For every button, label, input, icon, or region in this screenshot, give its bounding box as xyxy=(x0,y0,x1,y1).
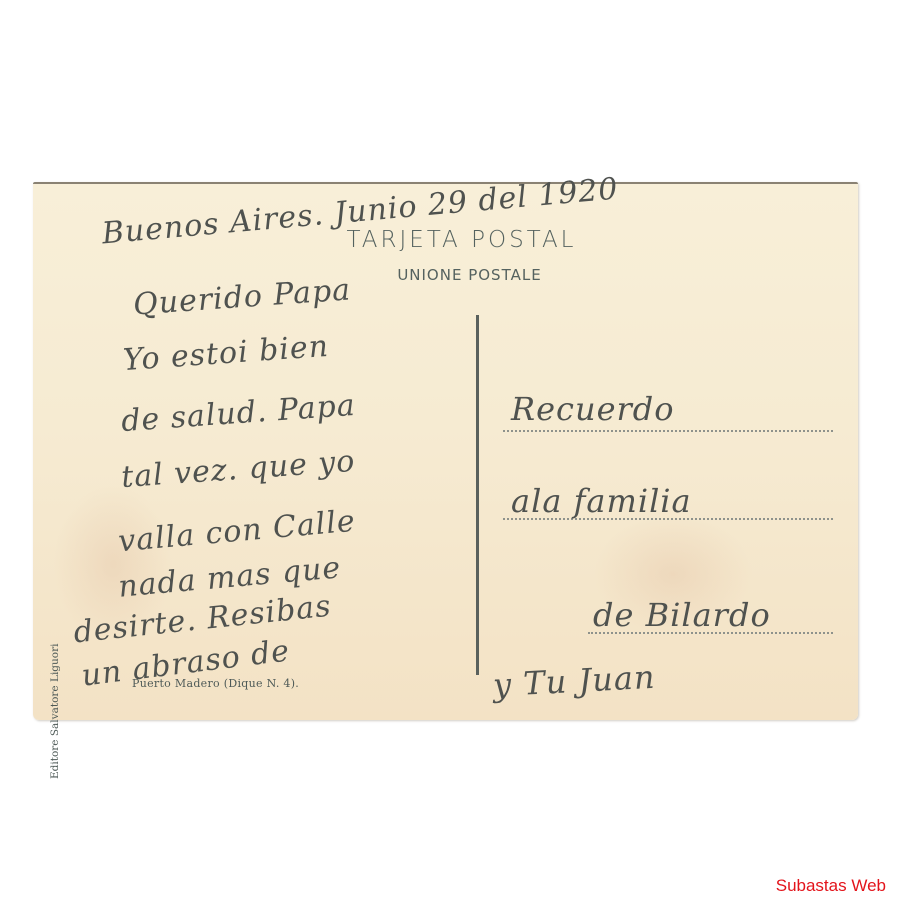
message-line: de salud. Papa xyxy=(120,388,357,439)
postcard-subheading: UNIONE POSTALE xyxy=(57,266,882,284)
address-text: ala familia xyxy=(511,482,692,520)
address-line-1 xyxy=(503,430,833,432)
message-line: tal vez. que yo xyxy=(120,444,356,495)
vertical-divider xyxy=(476,315,479,675)
publisher-imprint: Editore Salvatore Liguori xyxy=(49,579,63,779)
publisher-text: Editore Salvatore Liguori xyxy=(49,644,61,780)
message-line: Yo estoi bien xyxy=(122,329,330,378)
address-text: Recuerdo xyxy=(511,390,675,428)
postcard-back: TARJETA POSTAL UNIONE POSTALE Editore Sa… xyxy=(33,182,858,720)
watermark: Subastas Web xyxy=(776,876,886,896)
address-text: de Bilardo xyxy=(593,596,771,634)
address-text: y Tu Juan xyxy=(492,658,656,704)
